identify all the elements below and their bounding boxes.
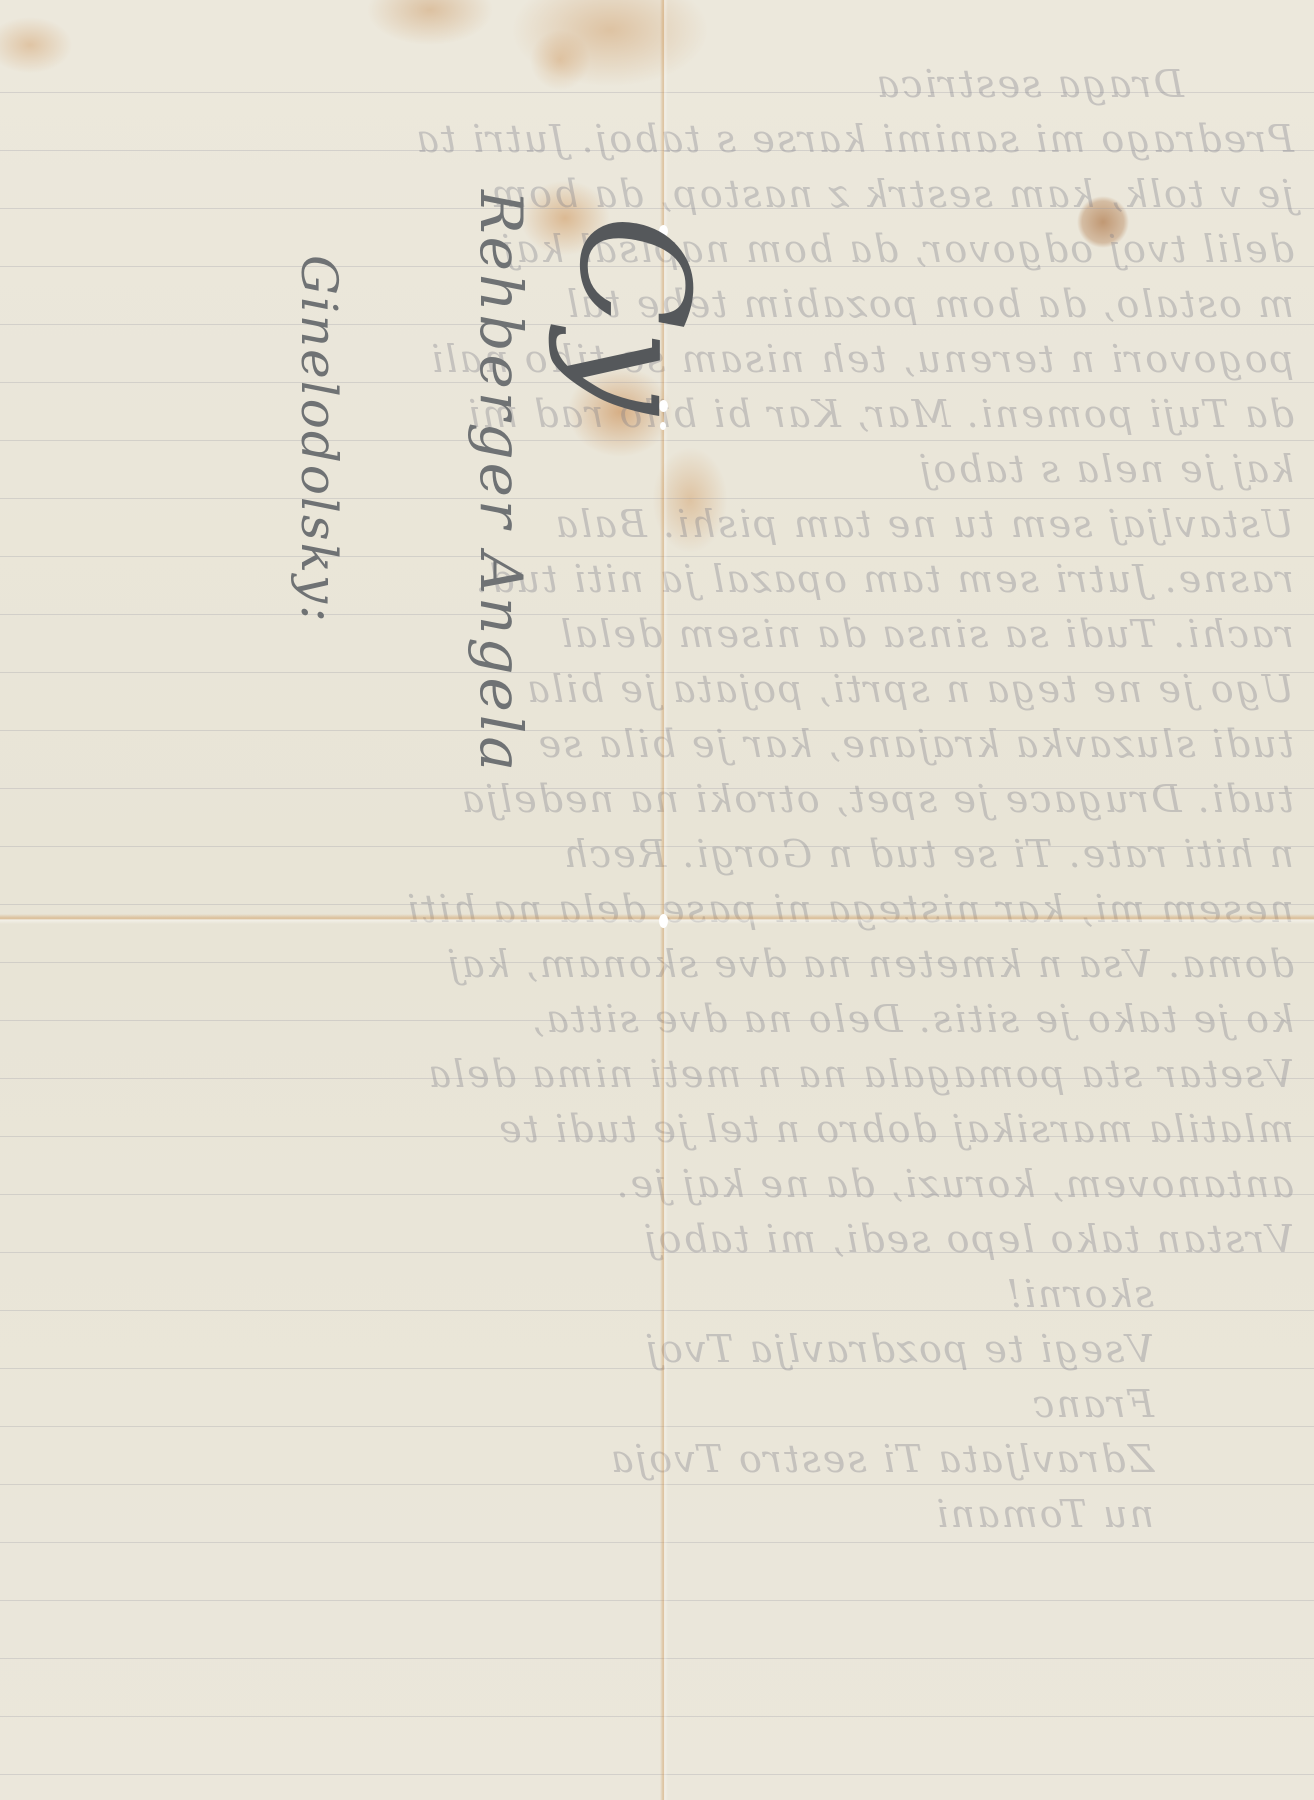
bleed-through-line: Vsetar sta pomagala na n meti nima dela <box>426 1052 1294 1096</box>
bleed-through-line: skorni! <box>1005 1272 1154 1316</box>
horizontal-fold-crease <box>0 914 1314 924</box>
bleed-through-line: rachi. Tudi sa sinsa da nisem delal <box>559 612 1294 656</box>
bleed-through-line: tudi sluzavka krajane, kar je bila se <box>537 722 1294 766</box>
bleed-through-line: Predrago mi sanimi karse s taboj. Jutri … <box>414 117 1294 161</box>
bleed-through-line: nesem mi, kar nistega ni pase dela na hi… <box>405 887 1294 931</box>
pin-hole <box>659 914 668 928</box>
bleed-through-line: Vrstan tako lepo sedi, mi taboj <box>643 1217 1294 1261</box>
bleed-through-line: doma. Vsa n kmeten na dve skonam, kaj <box>446 942 1294 986</box>
addressee-place: Ginelodolsky: <box>290 255 348 624</box>
pin-hole <box>660 422 666 430</box>
bleed-through-line: antanovem, koruzi, da ne kaj je. <box>615 1162 1294 1206</box>
bleed-through-line: rasne. Jutri sem tam opazal ja niti tud. <box>473 557 1294 601</box>
bleed-through-line: tudi. Drugace je spet, otroki na nedelja <box>460 777 1294 821</box>
bleed-through-line: mlatila marsikaj dobro n tel je tudi te <box>497 1107 1294 1151</box>
bleed-through-line: je v tolk, kam sestrk z nastop, da bom <box>489 172 1294 216</box>
bleed-through-line: Franc <box>1031 1382 1154 1426</box>
bleed-through-line: Vsegi te pozdravlja Tvoj <box>644 1327 1154 1371</box>
bleed-through-line: ko je tako je sitis. Delo na dve sitta, <box>530 997 1294 1041</box>
bleed-through-line: Draga sestrica <box>875 62 1184 106</box>
letter-page: Draga sestricaPredrago mi sanimi karse s… <box>0 0 1314 1800</box>
bleed-through-line: Zdravljata Ti sestro Tvoja <box>609 1437 1154 1481</box>
bleed-through-line: nu Tomani <box>934 1492 1154 1536</box>
monogram: Cy <box>546 215 720 415</box>
bleed-through-line: Ugo je ne tega n sprti, pojata je bila <box>525 667 1294 711</box>
addressee-name: Rehberger Angela <box>467 190 535 774</box>
bleed-through-line: n hiti rate. Ti se tud n Gorgi. Rech <box>561 832 1294 876</box>
bleed-through-line: kaj je nela s taboj <box>918 447 1294 491</box>
